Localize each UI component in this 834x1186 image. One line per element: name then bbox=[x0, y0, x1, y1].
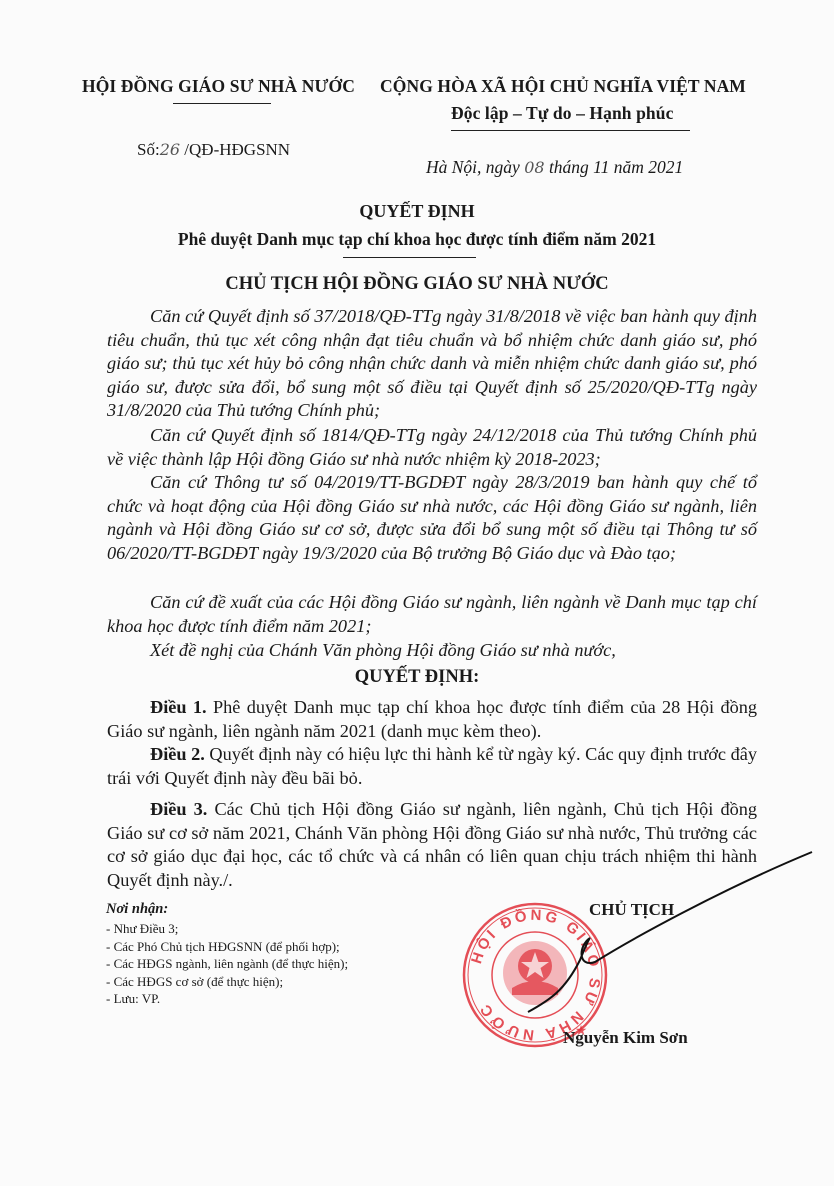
signature-title: CHỦ TỊCH bbox=[589, 900, 674, 920]
document-number: Số:26 /QĐ-HĐGSNN bbox=[137, 140, 290, 160]
place-date-prefix: Hà Nội, ngày bbox=[426, 157, 520, 177]
state-name: CỘNG HÒA XÃ HỘI CHỦ NGHĨA VIỆT NAM bbox=[380, 76, 746, 97]
recipient-item: - Các Phó Chủ tịch HĐGSNN (để phối hợp); bbox=[106, 938, 348, 956]
number-handwritten: 26 bbox=[160, 140, 180, 159]
authority-heading: CHỦ TỊCH HỘI ĐỒNG GIÁO SƯ NHÀ NƯỚC bbox=[0, 274, 834, 295]
article-2-label: Điều 2. bbox=[150, 744, 205, 764]
article-2-text: Quyết định này có hiệu lực thi hành kể t… bbox=[107, 744, 757, 788]
preamble-1: Căn cứ Quyết định số 37/2018/QĐ-TTg ngày… bbox=[107, 305, 757, 423]
motto-underline bbox=[451, 130, 690, 131]
preamble-2: Căn cứ Quyết định số 1814/QĐ-TTg ngày 24… bbox=[107, 424, 757, 471]
subtitle-underline bbox=[343, 257, 476, 258]
recipient-item: - Các HĐGS ngành, liên ngành (để thực hi… bbox=[106, 955, 348, 973]
recipient-item: - Các HĐGS cơ sở (để thực hiện); bbox=[106, 973, 348, 991]
article-1: Điều 1. Phê duyệt Danh mục tạp chí khoa … bbox=[107, 696, 757, 743]
recipient-item: - Lưu: VP. bbox=[106, 990, 348, 1008]
decision-subtitle: Phê duyệt Danh mục tạp chí khoa học được… bbox=[0, 229, 834, 250]
day-handwritten: 08 bbox=[524, 158, 544, 177]
signatory-name: Nguyễn Kim Sơn bbox=[563, 1028, 688, 1048]
issuer-name: HỘI ĐỒNG GIÁO SƯ NHÀ NƯỚC bbox=[82, 76, 355, 97]
signature-stroke-icon bbox=[520, 850, 820, 1020]
issuer-underline bbox=[173, 103, 271, 104]
number-suffix: /QĐ-HĐGSNN bbox=[184, 140, 290, 159]
article-2: Điều 2. Quyết định này có hiệu lực thi h… bbox=[107, 743, 757, 790]
recipients-list: - Như Điều 3; - Các Phó Chủ tịch HĐGSNN … bbox=[106, 920, 348, 1008]
article-1-label: Điều 1. bbox=[150, 697, 207, 717]
place-date-suffix: tháng 11 năm 2021 bbox=[549, 157, 683, 177]
decision-title: QUYẾT ĐỊNH bbox=[0, 201, 834, 222]
recipients-heading: Nơi nhận: bbox=[106, 901, 168, 918]
place-date: Hà Nội, ngày 08 tháng 11 năm 2021 bbox=[426, 157, 683, 178]
number-prefix: Số: bbox=[137, 140, 160, 159]
recipient-item: - Như Điều 3; bbox=[106, 920, 348, 938]
motto: Độc lập – Tự do – Hạnh phúc bbox=[451, 103, 673, 124]
preamble-3: Căn cứ Thông tư số 04/2019/TT-BGDĐT ngày… bbox=[107, 471, 757, 565]
decision-heading: QUYẾT ĐỊNH: bbox=[0, 667, 834, 688]
preamble-5: Xét đề nghị của Chánh Văn phòng Hội đồng… bbox=[107, 639, 757, 663]
article-3-label: Điều 3. bbox=[150, 799, 207, 819]
preamble-4: Căn cứ đề xuất của các Hội đồng Giáo sư … bbox=[107, 591, 757, 638]
